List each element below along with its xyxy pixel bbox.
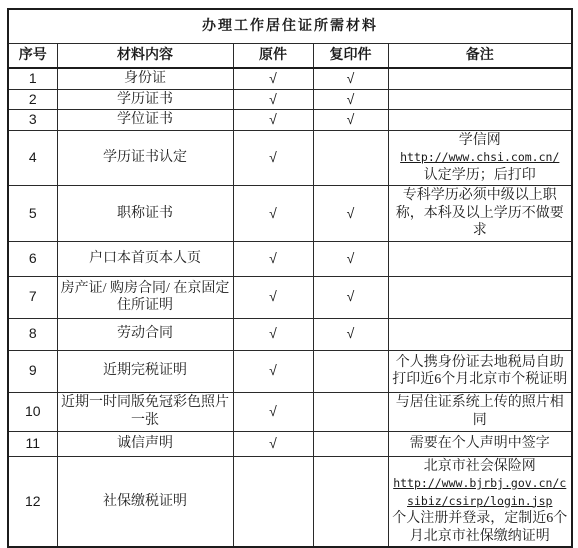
row-remark xyxy=(388,110,572,131)
row-no: 12 xyxy=(8,456,57,547)
document-title: 办理工作居住证所需材料 xyxy=(8,9,572,44)
table-row: 6 户口本首页本人页 √ √ xyxy=(8,241,572,276)
row-material: 学历证书 xyxy=(57,89,233,110)
col-header-no: 序号 xyxy=(8,44,57,69)
title-row: 办理工作居住证所需材料 xyxy=(8,9,572,44)
row-no: 8 xyxy=(8,318,57,350)
row-no: 6 xyxy=(8,241,57,276)
table-row: 9 近期完税证明 √ 个人携身份证去地税局自助打印近6个月北京市个税证明 xyxy=(8,350,572,392)
original-checkmark: √ xyxy=(233,241,313,276)
row-material: 身份证 xyxy=(57,68,233,89)
row-remark xyxy=(388,68,572,89)
table-row: 4 学历证书认定 √ 学信网 http://www.chsi.com.cn/ 认… xyxy=(8,130,572,186)
table-row: 8 劳动合同 √ √ xyxy=(8,318,572,350)
row-remark xyxy=(388,89,572,110)
header-row: 序号 材料内容 原件 复印件 备注 xyxy=(8,44,572,69)
bjrbj-url: http://www.bjrbj.gov.cn/csibiz/csirp/log… xyxy=(393,476,566,508)
row-no: 4 xyxy=(8,130,57,186)
table-row: 3 学位证书 √ √ xyxy=(8,110,572,131)
row-no: 7 xyxy=(8,276,57,318)
row-no: 2 xyxy=(8,89,57,110)
remark-text: 认定学历；后打印 xyxy=(424,168,536,183)
original-checkmark: √ xyxy=(233,68,313,89)
original-checkmark: √ xyxy=(233,350,313,392)
original-checkmark: √ xyxy=(233,186,313,242)
copy-checkmark: √ xyxy=(313,89,388,110)
row-material: 诚信声明 xyxy=(57,431,233,456)
col-header-original: 原件 xyxy=(233,44,313,69)
copy-checkmark: √ xyxy=(313,241,388,276)
original-checkmark: √ xyxy=(233,318,313,350)
original-checkmark: √ xyxy=(233,110,313,131)
row-no: 1 xyxy=(8,68,57,89)
copy-checkmark xyxy=(313,392,388,431)
copy-checkmark: √ xyxy=(313,186,388,242)
row-no: 9 xyxy=(8,350,57,392)
row-remark xyxy=(388,318,572,350)
table-row: 12 社保缴税证明 北京市社会保险网 http://www.bjrbj.gov.… xyxy=(8,456,572,547)
col-header-material: 材料内容 xyxy=(57,44,233,69)
original-checkmark: √ xyxy=(233,431,313,456)
row-remark: 专科学历必须中级以上职称，本科及以上学历不做要求 xyxy=(388,186,572,242)
row-material: 学历证书认定 xyxy=(57,130,233,186)
col-header-copy: 复印件 xyxy=(313,44,388,69)
copy-checkmark: √ xyxy=(313,68,388,89)
original-checkmark: √ xyxy=(233,130,313,186)
materials-table: 办理工作居住证所需材料 序号 材料内容 原件 复印件 备注 1 身份证 √ √ … xyxy=(7,8,573,548)
row-material: 近期一时同版免冠彩色照片一张 xyxy=(57,392,233,431)
row-remark xyxy=(388,241,572,276)
row-no: 11 xyxy=(8,431,57,456)
copy-checkmark: √ xyxy=(313,110,388,131)
remark-text: 学信网 xyxy=(392,132,569,150)
row-material: 学位证书 xyxy=(57,110,233,131)
row-remark: 个人携身份证去地税局自助打印近6个月北京市个税证明 xyxy=(388,350,572,392)
row-material: 户口本首页本人页 xyxy=(57,241,233,276)
row-no: 10 xyxy=(8,392,57,431)
col-header-remark: 备注 xyxy=(388,44,572,69)
copy-checkmark xyxy=(313,130,388,186)
document-page: 办理工作居住证所需材料 序号 材料内容 原件 复印件 备注 1 身份证 √ √ … xyxy=(0,0,578,500)
original-checkmark: √ xyxy=(233,392,313,431)
row-no: 5 xyxy=(8,186,57,242)
copy-checkmark: √ xyxy=(313,318,388,350)
row-no: 3 xyxy=(8,110,57,131)
row-remark: 学信网 http://www.chsi.com.cn/ 认定学历；后打印 xyxy=(388,130,572,186)
table-row: 2 学历证书 √ √ xyxy=(8,89,572,110)
row-material: 劳动合同 xyxy=(57,318,233,350)
copy-checkmark xyxy=(313,431,388,456)
row-remark: 北京市社会保险网 http://www.bjrbj.gov.cn/csibiz/… xyxy=(388,456,572,547)
table-row: 7 房产证/ 购房合同/ 在京固定住所证明 √ √ xyxy=(8,276,572,318)
original-checkmark xyxy=(233,456,313,547)
row-remark: 与居住证系统上传的照片相同 xyxy=(388,392,572,431)
table-row: 10 近期一时同版免冠彩色照片一张 √ 与居住证系统上传的照片相同 xyxy=(8,392,572,431)
row-remark: 需要在个人声明中签字 xyxy=(388,431,572,456)
table-row: 1 身份证 √ √ xyxy=(8,68,572,89)
row-material: 房产证/ 购房合同/ 在京固定住所证明 xyxy=(57,276,233,318)
chsi-url: http://www.chsi.com.cn/ xyxy=(400,150,559,164)
row-remark xyxy=(388,276,572,318)
row-material: 近期完税证明 xyxy=(57,350,233,392)
copy-checkmark xyxy=(313,350,388,392)
original-checkmark: √ xyxy=(233,89,313,110)
table-row: 5 职称证书 √ √ 专科学历必须中级以上职称，本科及以上学历不做要求 xyxy=(8,186,572,242)
remark-text: 个人注册并登录，定制近6个月北京市社保缴纳证明 xyxy=(392,510,569,545)
original-checkmark: √ xyxy=(233,276,313,318)
copy-checkmark xyxy=(313,456,388,547)
row-material: 社保缴税证明 xyxy=(57,456,233,547)
copy-checkmark: √ xyxy=(313,276,388,318)
row-material: 职称证书 xyxy=(57,186,233,242)
remark-text: 北京市社会保险网 xyxy=(392,458,569,476)
table-row: 11 诚信声明 √ 需要在个人声明中签字 xyxy=(8,431,572,456)
